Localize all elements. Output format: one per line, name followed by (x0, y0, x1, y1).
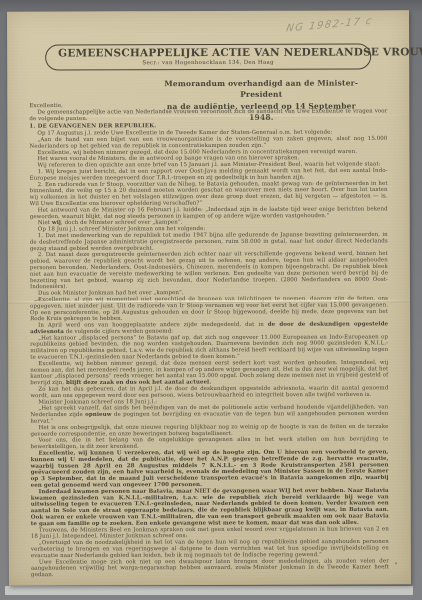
paragraph: De gemeenschappelijke actie van Nederlan… (29, 108, 387, 122)
paragraph: Excellentie, wij kunnen U verzekeren, da… (31, 449, 389, 489)
paragraph: „Het kantoor „displaced persons” te Bata… (30, 334, 388, 361)
document-text: Excellentie,De gemeenschappelijke actie … (29, 101, 389, 577)
paragraph: 2. Een radiorede van Ir Stoop, voorzitte… (30, 180, 388, 207)
paragraph: „Overtuigd van de noodzakelijkheid in he… (31, 538, 389, 558)
paper-speck (249, 567, 251, 569)
paragraph: Uwe Excellentie moge zich ook niet op ee… (31, 558, 389, 578)
paragraph: Het antwoord van de Minister op 16 Febru… (30, 206, 388, 220)
archival-reference-annotation: NG 1982-17 c (285, 16, 373, 35)
scan-background: NG 1982-17 c GEMEENSCHAPPELIJKE ACTIE VA… (0, 0, 422, 600)
paragraph: Zó kan het dus gebeuren, dat in April j.… (30, 385, 388, 399)
paragraph: 2. Dat naast deze geregistreerde geïnter… (30, 251, 388, 291)
memo-title-line1: Memorandum overhandigd aan de Minister-P… (157, 77, 365, 100)
document-body: Excellentie,De gemeenschappelijke actie … (29, 101, 391, 577)
paragraph: Inderdaad kwamen personen naar Batavia, … (31, 487, 389, 527)
letterhead-box: GEMEENSCHAPPELIJKE ACTIE VAN NEDERLANDSE… (45, 43, 371, 70)
paragraph: Excellentie, al zijn wij momenteel niet … (30, 295, 388, 322)
paragraph: 1. Dat met medewerking van de republiek … (30, 231, 388, 251)
paper-speck (395, 562, 397, 564)
organization-address: Secr.: van Hogenhoucklaan 134, Den Haag (58, 59, 358, 66)
paragraph: Excellentie, wij hebben nimmer gezegd, d… (30, 359, 388, 386)
paragraph: „Het spreekt vanzelf, dat sinds het beëi… (30, 404, 388, 424)
organization-name: GEMEENSCHAPPELIJKE ACTIE VAN NEDERLANDSE… (58, 46, 358, 59)
document-page: NG 1982-17 c GEMEENSCHAPPELIJKE ACTIE VA… (7, 10, 411, 585)
underlying-sheet-edge (5, 586, 413, 595)
